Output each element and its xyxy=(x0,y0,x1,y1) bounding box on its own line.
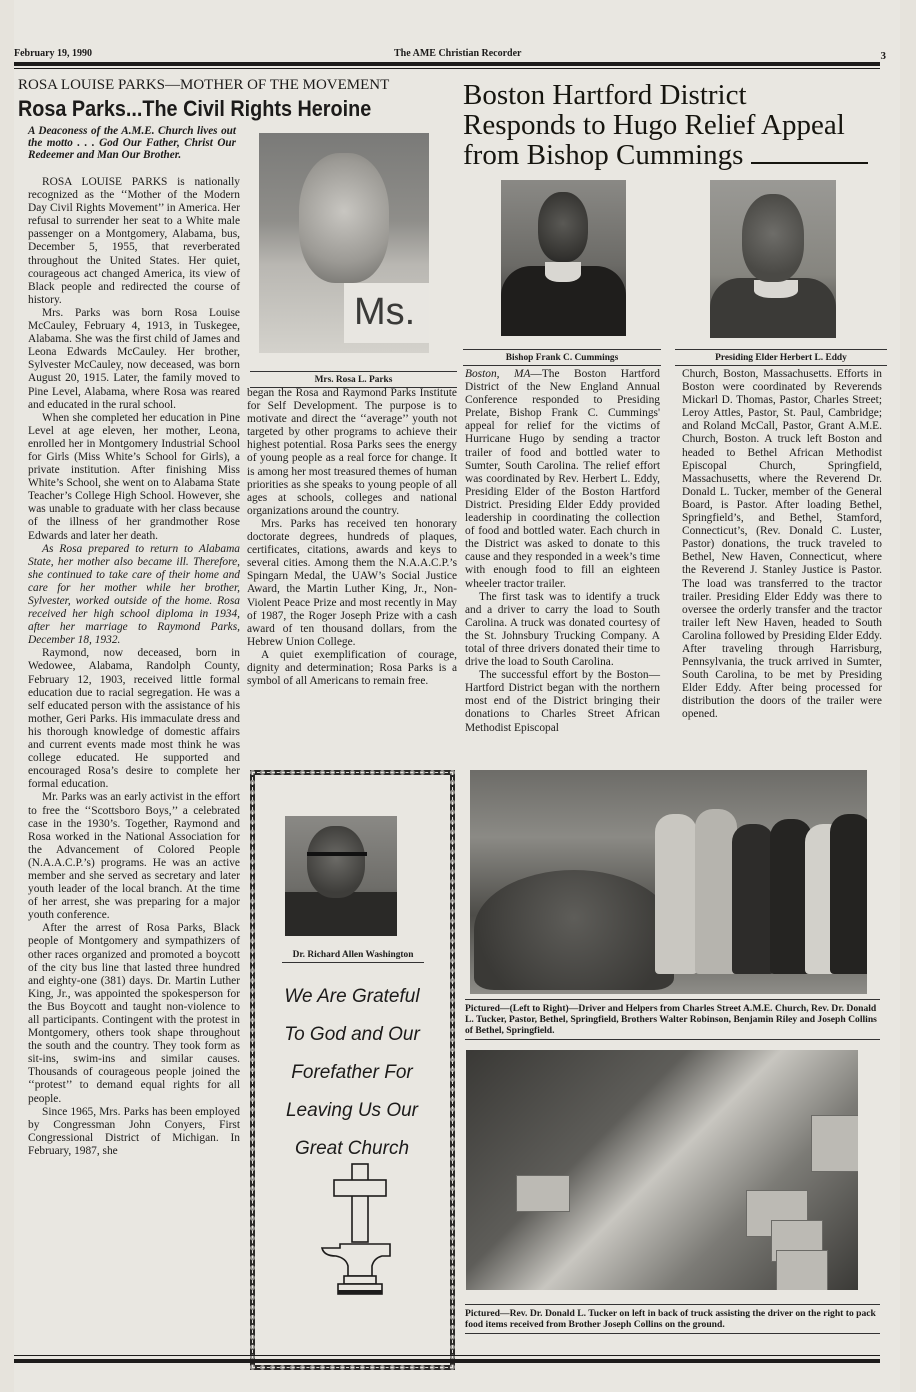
eddy-portrait xyxy=(710,180,836,338)
person xyxy=(830,814,867,974)
paragraph: Since 1965, Mrs. Parks has been employed… xyxy=(28,1106,240,1158)
verse-line: We Are Grateful xyxy=(262,978,442,1016)
paragraph: ROSA LOUISE PARKS is nationally recogniz… xyxy=(28,176,240,307)
portrait-head xyxy=(742,194,804,282)
rosa-headline: Rosa Parks...The Civil Rights Heroine xyxy=(18,96,371,122)
paragraph: As Rosa prepared to return to Alabama St… xyxy=(28,543,240,648)
page-number: 3 xyxy=(881,50,887,62)
headline-line: Boston Hartford District xyxy=(463,80,883,110)
dateline: Boston, MA xyxy=(465,368,530,380)
cross-anvil-icon xyxy=(310,1162,410,1312)
glasses xyxy=(307,852,367,866)
paragraph: Mrs. Parks has received ten honorary doc… xyxy=(247,518,457,649)
masthead-rule xyxy=(14,62,880,66)
verse-line: To God and Our xyxy=(262,1016,442,1054)
paragraph-text: —The Boston Hartford District of the New… xyxy=(465,368,660,590)
rosa-photo-caption: Mrs. Rosa L. Parks xyxy=(250,371,457,388)
group-photo xyxy=(470,770,867,994)
truck-photo-caption: Pictured—Rev. Dr. Donald L. Tucker on le… xyxy=(465,1304,880,1334)
clerical-collar xyxy=(545,262,581,282)
paragraph: Church, Boston, Massachusetts. Efforts i… xyxy=(682,368,882,722)
paragraph: Mr. Parks was an early activist in the e… xyxy=(28,791,240,922)
nameplate: Ms. xyxy=(344,283,429,343)
paragraph: Boston, MA—The Boston Hartford District … xyxy=(465,368,660,591)
eddy-caption: Presiding Elder Herbert L. Eddy xyxy=(675,349,887,366)
washington-portrait xyxy=(285,816,397,936)
food-box xyxy=(516,1175,570,1212)
headline-line: Responds to Hugo Relief Appeal xyxy=(463,110,883,140)
footer-rule xyxy=(14,1359,880,1363)
cummings-portrait xyxy=(501,180,626,336)
person xyxy=(695,809,737,974)
memorial-box: Dr. Richard Allen Washington We Are Grat… xyxy=(250,770,455,1370)
hugo-headline: Boston Hartford District Responds to Hug… xyxy=(463,80,883,170)
paragraph: When she completed her education in Pine… xyxy=(28,412,240,543)
masthead: February 19, 1990 The AME Christian Reco… xyxy=(14,44,886,62)
shrub xyxy=(474,870,674,990)
paragraph: After the arrest of Rosa Parks, Black pe… xyxy=(28,922,240,1105)
truck-loading-photo xyxy=(466,1050,858,1290)
headline-line: from Bishop Cummings xyxy=(463,139,743,171)
verse-line: Forefather For xyxy=(262,1054,442,1092)
footer-rule-thin xyxy=(14,1355,880,1356)
washington-caption: Dr. Richard Allen Washington xyxy=(282,950,424,963)
headline-rule xyxy=(751,142,868,164)
person xyxy=(732,824,774,974)
paragraph: The successful effort by the Boston—Hart… xyxy=(465,669,660,734)
rosa-column-1: ROSA LOUISE PARKS is nationally recogniz… xyxy=(28,176,240,1158)
rosa-column-2: began the Rosa and Raymond Parks Institu… xyxy=(247,387,457,688)
nameplate-text: Ms. xyxy=(354,291,415,334)
rosa-deck: A Deaconess of the A.M.E. Church lives o… xyxy=(28,125,236,162)
masthead-rule-thin xyxy=(14,68,880,69)
cummings-caption: Bishop Frank C. Cummings xyxy=(463,349,661,366)
paragraph: Raymond, now deceased, born in Wedowee, … xyxy=(28,647,240,791)
paragraph: A quiet exemplification of courage, dign… xyxy=(247,649,457,688)
verse-line: Leaving Us Our xyxy=(262,1092,442,1130)
rosa-parks-photo: Ms. xyxy=(259,133,429,353)
group-photo-caption: Pictured—(Left to Right)—Driver and Help… xyxy=(465,999,880,1040)
portrait-body xyxy=(285,892,397,936)
paragraph: began the Rosa and Raymond Parks Institu… xyxy=(247,387,457,518)
hugo-column-2: Church, Boston, Massachusetts. Efforts i… xyxy=(682,368,882,722)
portrait-face xyxy=(299,153,389,283)
person xyxy=(655,814,697,974)
issue-date: February 19, 1990 xyxy=(14,48,92,59)
clerical-collar xyxy=(754,280,798,298)
publication-name: The AME Christian Recorder xyxy=(394,48,522,59)
food-box xyxy=(776,1250,828,1290)
article-kicker: ROSA LOUISE PARKS—MOTHER OF THE MOVEMENT xyxy=(18,77,389,94)
paragraph: The first task was to identify a truck a… xyxy=(465,591,660,670)
paragraph: Mrs. Parks was born Rosa Louise McCauley… xyxy=(28,307,240,412)
hugo-column-1: Boston, MA—The Boston Hartford District … xyxy=(465,368,660,735)
food-box xyxy=(811,1115,858,1172)
memorial-verse: We Are Grateful To God and Our Forefathe… xyxy=(262,978,442,1168)
portrait-head xyxy=(538,192,588,262)
